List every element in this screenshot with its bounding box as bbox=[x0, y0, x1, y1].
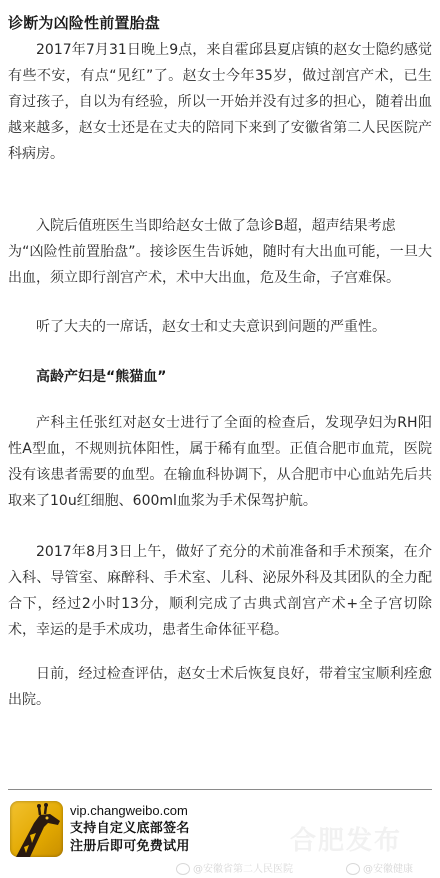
ad-url-link[interactable]: vip.changweibo.com bbox=[70, 802, 190, 820]
weibo-icon bbox=[346, 863, 360, 875]
paragraph-surgery: 2017年8月3日上午，做好了充分的术前准备和手术预案，在介入科、导管室、麻醉科… bbox=[8, 539, 432, 643]
ad-line-1: 支持自定义底部签名 bbox=[70, 820, 190, 838]
watermark-right-text: @安徽健康 bbox=[363, 864, 413, 875]
watermark-large: 合肥发布 bbox=[290, 820, 402, 857]
paragraph-blood-type: 产科主任张红对赵女士进行了全面的检查后，发现孕妇为RH阳性A型血，不规则抗体阳性… bbox=[8, 410, 432, 514]
giraffe-logo-icon bbox=[10, 801, 63, 857]
watermark-left-text: @安徽省第二人民医院 bbox=[193, 864, 293, 875]
paragraph-intro: 2017年7月31日晚上9点，来自霍邱县夏店镇的赵女士隐约感觉有些不安，有点“见… bbox=[8, 37, 432, 167]
watermark-left: @安徽省第二人民医院 bbox=[176, 860, 293, 875]
footer-divider bbox=[8, 789, 432, 790]
paragraph-admission-line1: 入院后值班医生当即给赵女士做了急诊B超，超声结果考虑 bbox=[8, 213, 432, 239]
paragraph-discharge: 日前，经过检查评估，赵女士术后恢复良好，带着宝宝顺利痊愈出院。 bbox=[8, 661, 432, 713]
ad-line-2: 注册后即可免费试用 bbox=[70, 838, 190, 856]
weibo-icon bbox=[176, 863, 190, 875]
footer-signature-ad[interactable]: vip.changweibo.com 支持自定义底部签名 注册后即可免费试用 bbox=[10, 798, 210, 860]
paragraph-admission-line2: 为“凶险性前置胎盘”。接诊医生告诉她，随时有大出血可能，一旦大出血，须立即行剖宫… bbox=[8, 239, 432, 291]
watermark-right: @安徽健康 bbox=[346, 860, 413, 875]
paragraph-realization: 听了大夫的一席话，赵女士和丈夫意识到问题的严重性。 bbox=[8, 314, 432, 340]
ad-text-block: vip.changweibo.com 支持自定义底部签名 注册后即可免费试用 bbox=[70, 802, 190, 856]
section-heading-panda-blood: 高龄产妇是“熊猫血” bbox=[36, 366, 166, 386]
section-heading-diagnosis: 诊断为凶险性前置胎盘 bbox=[8, 12, 160, 33]
